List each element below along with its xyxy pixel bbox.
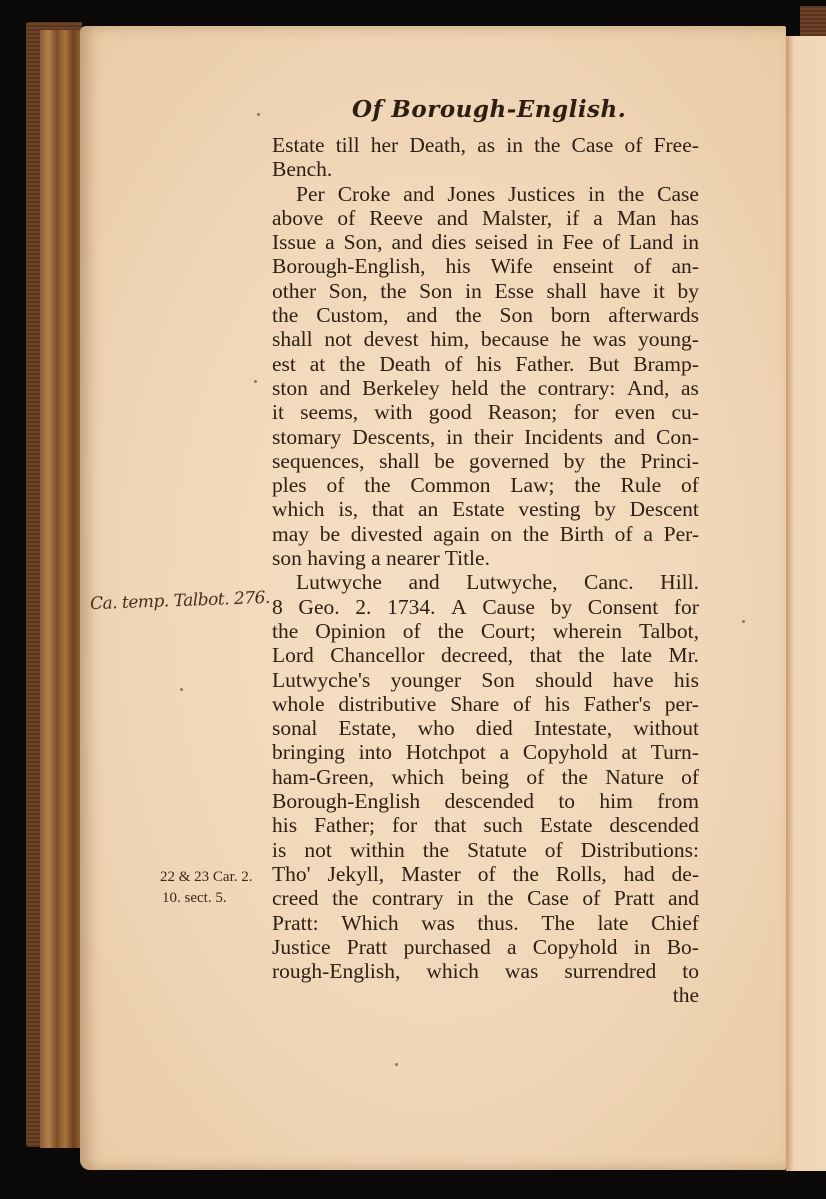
text-line: creedthecontraryintheCaseofPrattand <box>272 886 699 910</box>
page-edges <box>40 30 82 1148</box>
text-line: stomaryDescents,intheirIncidentsandCon- <box>272 425 699 449</box>
paper-speck <box>254 380 257 383</box>
statute-citation-line-1: 22 & 23 Car. 2. <box>160 867 253 887</box>
text-line: EstatetillherDeath,asintheCaseofFree- <box>272 133 699 157</box>
text-line: Tho'Jekyll,MasteroftheRolls,hadde- <box>272 862 699 886</box>
text-line: PerCrokeandJonesJusticesintheCase <box>272 182 699 206</box>
text-line: plesoftheCommonLaw;theRuleof <box>272 473 699 497</box>
text-line: sonalEstate,whodiedIntestate,without <box>272 716 699 740</box>
text-line: son having a nearer Title. <box>272 546 699 570</box>
next-page-edge <box>786 36 826 1171</box>
text-line: stonandBerkeleyheldthecontrary:And,as <box>272 376 699 400</box>
text-line: hisFather;forthatsuchEstatedescended <box>272 813 699 837</box>
text-line: Pratt:Whichwasthus.ThelateChief <box>272 911 699 935</box>
text-line: theOpinionoftheCourt;whereinTalbot, <box>272 619 699 643</box>
text-line: wholedistributiveShareofhisFather'sper- <box>272 692 699 716</box>
text-line: Bench. <box>272 157 699 181</box>
text-line: 8Geo.2.1734.ACausebyConsentfor <box>272 595 699 619</box>
text-line: bringingintoHotchpotaCopyholdatTurn- <box>272 740 699 764</box>
text-line: whichis,thatanEstatevestingbyDescent <box>272 497 699 521</box>
paper-speck <box>395 1063 398 1066</box>
text-line: Lutwyche'syoungerSonshouldhavehis <box>272 668 699 692</box>
body-text: EstatetillherDeath,asintheCaseofFree-Ben… <box>272 133 699 1008</box>
text-line: LutwycheandLutwyche,Canc.Hill. <box>272 570 699 594</box>
running-head: Of Borough-English. <box>352 96 626 123</box>
text-line: maybedivestedagainontheBirthofaPer- <box>272 522 699 546</box>
book-cover-right <box>800 6 826 36</box>
text-line: Borough-Englishdescendedtohimfrom <box>272 789 699 813</box>
statute-citation-line-2: 10. sect. 5. <box>162 888 227 908</box>
text-line: shallnotdevesthim,becausehewasyoung- <box>272 327 699 351</box>
text-line: the <box>272 983 699 1007</box>
text-line: LordChancellordecreed,thatthelateMr. <box>272 643 699 667</box>
paper-speck <box>742 620 745 623</box>
text-line: otherSon,theSoninEsseshallhaveitby <box>272 279 699 303</box>
text-line: theCustom,andtheSonbornafterwards <box>272 303 699 327</box>
text-line: IssueaSon,anddiesseisedinFeeofLandin <box>272 230 699 254</box>
text-line: itseems,withgoodReason;forevencu- <box>272 400 699 424</box>
paper-speck <box>180 688 183 691</box>
text-line: Borough-English,hisWifeenseintofan- <box>272 254 699 278</box>
text-line: isnotwithintheStatuteofDistributions: <box>272 838 699 862</box>
text-line: sequences,shallbegovernedbythePrinci- <box>272 449 699 473</box>
text-line: estattheDeathofhisFather.ButBramp- <box>272 352 699 376</box>
text-line: JusticePrattpurchasedaCopyholdinBo- <box>272 935 699 959</box>
paper-speck <box>257 113 260 116</box>
text-line: rough-English,whichwassurrendredto <box>272 959 699 983</box>
text-line: aboveofReeveandMalster,ifaManhas <box>272 206 699 230</box>
text-line: ham-Green,whichbeingoftheNatureof <box>272 765 699 789</box>
